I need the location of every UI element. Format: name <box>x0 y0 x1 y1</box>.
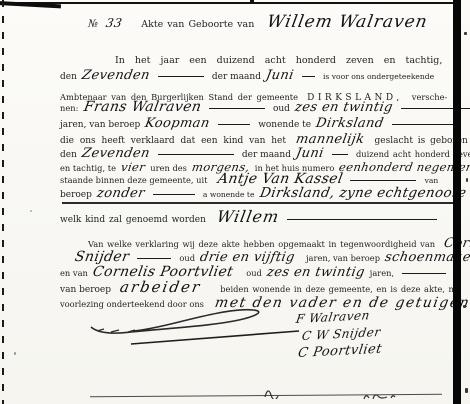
child-name-header: Willem Walraven <box>266 14 430 31</box>
label-oud2: oud <box>179 253 195 263</box>
signature-block: F Walraven C W Snijder C Poortvliet <box>296 312 382 364</box>
field-registration-day: Zevenden <box>81 69 151 82</box>
field-child-given-name: Willem <box>216 209 281 225</box>
label-ondergeteekende: is voor ons ondergeteekende <box>323 72 434 81</box>
handwriting-fragment <box>362 387 396 404</box>
scan-top-notch <box>250 0 254 3</box>
blank-fill <box>158 152 234 155</box>
body-line-5: jaren, van beroep Koopman wonende te Dir… <box>60 114 457 130</box>
body-line-13: Snijder oud drie en vijftig jaren, van b… <box>75 248 470 264</box>
field-mother-occupation: zonder <box>96 187 146 200</box>
header-line: № 33 Akte van Geboorte van Willem Walrav… <box>88 14 428 31</box>
field-witness2-occupation: arbeider <box>119 280 203 295</box>
label-den: den <box>60 72 77 82</box>
scan-right-border <box>453 0 461 404</box>
blank-fill <box>209 106 265 109</box>
body-line-15: van beroep arbeider beiden wonende in de… <box>60 279 459 295</box>
scrawl-strokes <box>85 303 303 351</box>
year-sentence: In het jaar een duizend acht honderd zev… <box>115 55 442 66</box>
field-mother-residence: Dirksland, zyne echtgenoote <box>258 187 467 201</box>
label-jaren: jaren, <box>370 268 394 278</box>
signature-witness1: C W Snijder <box>301 325 383 343</box>
scan-speck <box>465 388 468 393</box>
document-title: Akte van Geboorte van <box>141 19 254 30</box>
signature-witness2: C Poortvliet <box>297 342 383 362</box>
label-wonende2: a wonende te <box>203 190 255 199</box>
label-oud3: oud <box>246 268 262 278</box>
body-line-2: den Zevenden der maand Juni is voor ons … <box>60 66 434 82</box>
label-der-maand: der maand <box>212 72 261 82</box>
label-wonende: wonende te <box>258 120 311 130</box>
scan-speck <box>466 178 468 182</box>
field-father-age: zes en twintig <box>294 101 394 114</box>
blank-fill <box>218 122 250 125</box>
section-rule <box>62 202 455 204</box>
body-line-14: en van Cornelis Poortvliet oud zes en tw… <box>60 263 449 279</box>
scan-speck <box>463 305 466 308</box>
label-en-van: en van <box>60 268 88 278</box>
field-witness1-name-part2: Snijder <box>74 250 131 264</box>
field-witness2-age: zes en twintig <box>266 266 366 279</box>
act-number-label: № <box>88 18 98 30</box>
blank-fill <box>137 256 171 259</box>
handwriting-fragment <box>262 384 280 403</box>
label-beiden-wonende: beiden wonende in deze gemeente, en is d… <box>220 284 459 294</box>
body-line-4: nen: Frans Walraven oud zes en twintig <box>60 98 470 114</box>
official-signature-scrawl <box>85 303 303 355</box>
label-beroep: jaren, van beroep <box>60 120 140 130</box>
blank-fill <box>302 74 315 77</box>
scan-speck <box>14 352 16 355</box>
blank-fill <box>158 74 204 77</box>
field-father-occupation: Koopman <box>144 117 211 130</box>
scan-speck <box>30 210 32 212</box>
body-line-1: In het jaar een duizend acht honderd zev… <box>115 50 442 66</box>
label-oud: oud <box>273 104 290 114</box>
blank-fill <box>153 192 195 195</box>
scan-speck <box>464 32 467 35</box>
body-line-10: beroep zonder a wonende te Dirksland, zy… <box>60 184 470 201</box>
scan-top-border <box>0 2 457 4</box>
blank-fill <box>332 152 348 155</box>
act-number: 33 <box>105 17 123 29</box>
label-nen: nen: <box>60 103 78 113</box>
label-beroep2: beroep <box>60 190 92 200</box>
birth-certificate-scan: № 33 Akte van Geboorte van Willem Walrav… <box>0 0 470 404</box>
blank-fill <box>402 271 446 274</box>
scan-left-border <box>2 0 4 404</box>
blank-fill <box>350 178 416 181</box>
label-genoemd: welk kind zal genoemd worden <box>60 215 206 225</box>
blank-fill <box>287 217 437 220</box>
blank-fill <box>392 122 454 125</box>
body-line-11: welk kind zal genoemd worden Willem <box>60 209 440 225</box>
field-registration-month: Juni <box>265 69 295 82</box>
